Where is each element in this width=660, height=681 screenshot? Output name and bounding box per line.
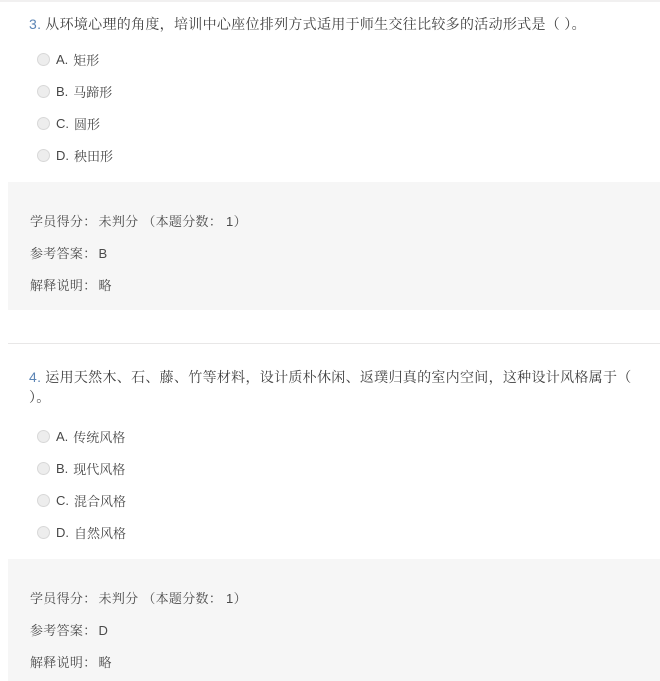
option-b[interactable]: B. 马蹄形 bbox=[37, 84, 660, 98]
reference-answer-label: 参考答案： bbox=[30, 246, 97, 261]
question-text: 运用天然木、石、藤、竹等材料，设计质朴休闲、返璞归真的室内空间，这种设计风格属于… bbox=[29, 369, 632, 405]
options-list: A. 矩形 B. 马蹄形 C. 圆形 D. 秧田形 bbox=[0, 52, 660, 162]
option-d[interactable]: D. 自然风格 bbox=[37, 525, 660, 539]
question-title: 3.从环境心理的角度，培训中心座位排列方式适用于师生交往比较多的活动形式是（ ）… bbox=[0, 14, 660, 34]
option-letter: C. bbox=[56, 116, 69, 131]
explanation-label: 解释说明： bbox=[30, 655, 97, 670]
reference-answer-value: D bbox=[99, 623, 109, 638]
option-letter: B. bbox=[56, 461, 68, 476]
question-divider bbox=[8, 343, 660, 344]
option-letter: A. bbox=[56, 429, 68, 444]
option-text: 圆形 bbox=[74, 114, 100, 133]
student-score-row: 学员得分：未判分 （本题分数： 1） bbox=[30, 215, 660, 229]
explanation-row: 解释说明：略 bbox=[30, 656, 660, 670]
question-number: 4. bbox=[29, 369, 41, 385]
student-score-label: 学员得分： bbox=[30, 214, 97, 229]
student-score-row: 学员得分：未判分 （本题分数： 1） bbox=[30, 592, 660, 606]
question-block-4: 4.运用天然木、石、藤、竹等材料，设计质朴休闲、返璞归真的室内空间，这种设计风格… bbox=[0, 367, 660, 681]
quiz-page: 3.从环境心理的角度，培训中心座位排列方式适用于师生交往比较多的活动形式是（ ）… bbox=[0, 0, 660, 681]
student-score-value: 未判分 （本题分数： 1） bbox=[99, 214, 247, 229]
radio-icon[interactable] bbox=[37, 494, 50, 507]
option-text: 马蹄形 bbox=[73, 82, 112, 101]
option-a[interactable]: A. 矩形 bbox=[37, 52, 660, 66]
result-box: 学员得分：未判分 （本题分数： 1） 参考答案：B 解释说明：略 bbox=[8, 182, 660, 310]
radio-icon[interactable] bbox=[37, 462, 50, 475]
reference-answer-row: 参考答案：B bbox=[30, 247, 660, 261]
explanation-value: 略 bbox=[99, 655, 112, 670]
option-letter: D. bbox=[56, 148, 69, 163]
option-text: 传统风格 bbox=[73, 427, 125, 446]
option-d[interactable]: D. 秧田形 bbox=[37, 148, 660, 162]
option-text: 矩形 bbox=[73, 50, 99, 69]
radio-icon[interactable] bbox=[37, 53, 50, 66]
option-c[interactable]: C. 圆形 bbox=[37, 116, 660, 130]
option-letter: A. bbox=[56, 52, 68, 67]
option-a[interactable]: A. 传统风格 bbox=[37, 429, 660, 443]
student-score-label: 学员得分： bbox=[30, 591, 97, 606]
question-number: 3. bbox=[29, 16, 41, 32]
student-score-value: 未判分 （本题分数： 1） bbox=[99, 591, 247, 606]
question-title: 4.运用天然木、石、藤、竹等材料，设计质朴休闲、返璞归真的室内空间，这种设计风格… bbox=[0, 367, 660, 407]
reference-answer-value: B bbox=[99, 246, 108, 261]
result-box: 学员得分：未判分 （本题分数： 1） 参考答案：D 解释说明：略 bbox=[8, 559, 660, 681]
question-block-3: 3.从环境心理的角度，培训中心座位排列方式适用于师生交往比较多的活动形式是（ ）… bbox=[0, 14, 660, 310]
reference-answer-row: 参考答案：D bbox=[30, 624, 660, 638]
radio-icon[interactable] bbox=[37, 117, 50, 130]
option-c[interactable]: C. 混合风格 bbox=[37, 493, 660, 507]
explanation-value: 略 bbox=[99, 278, 112, 293]
option-b[interactable]: B. 现代风格 bbox=[37, 461, 660, 475]
radio-icon[interactable] bbox=[37, 526, 50, 539]
radio-icon[interactable] bbox=[37, 85, 50, 98]
option-text: 自然风格 bbox=[74, 523, 126, 542]
options-list: A. 传统风格 B. 现代风格 C. 混合风格 D. 自然风格 bbox=[0, 429, 660, 539]
radio-icon[interactable] bbox=[37, 430, 50, 443]
reference-answer-label: 参考答案： bbox=[30, 623, 97, 638]
question-text: 从环境心理的角度，培训中心座位排列方式适用于师生交往比较多的活动形式是（ ）。 bbox=[45, 16, 586, 32]
radio-icon[interactable] bbox=[37, 149, 50, 162]
explanation-row: 解释说明：略 bbox=[30, 279, 660, 293]
option-text: 秧田形 bbox=[74, 146, 113, 165]
option-text: 混合风格 bbox=[74, 491, 126, 510]
option-letter: C. bbox=[56, 493, 69, 508]
option-letter: D. bbox=[56, 525, 69, 540]
explanation-label: 解释说明： bbox=[30, 278, 97, 293]
option-letter: B. bbox=[56, 84, 68, 99]
option-text: 现代风格 bbox=[73, 459, 125, 478]
